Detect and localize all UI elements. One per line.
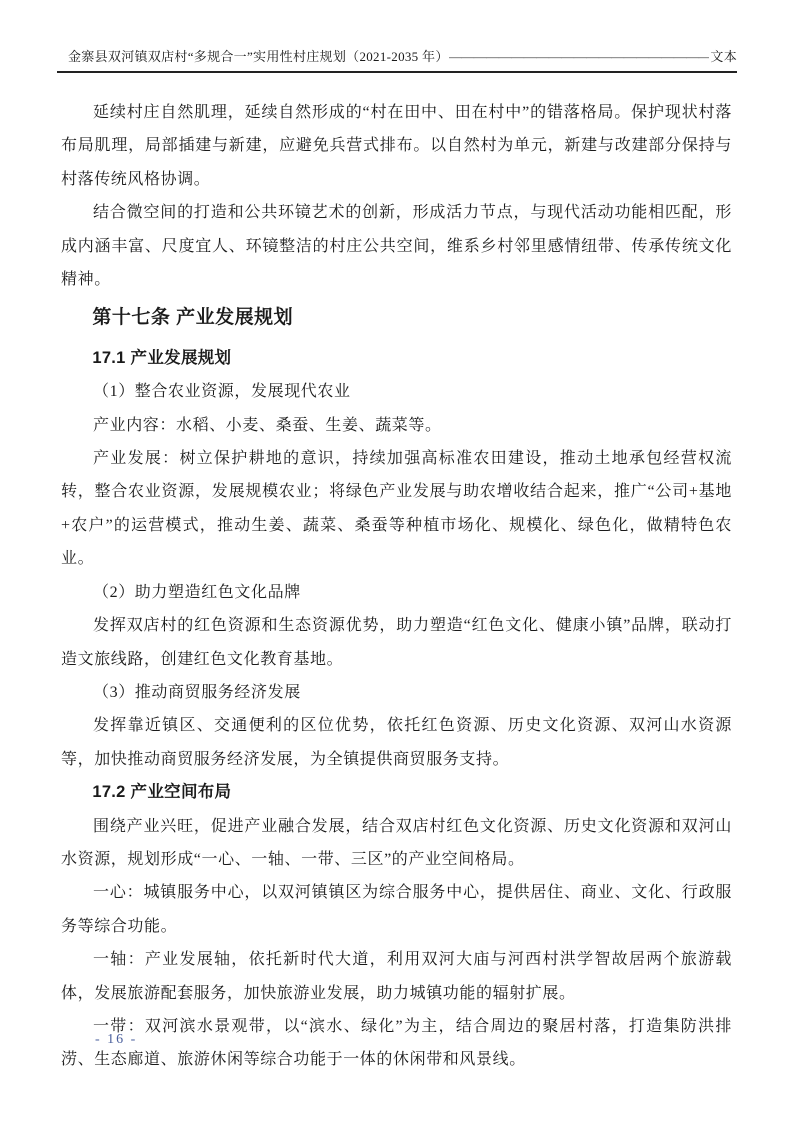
numbered-item-2: （2）助力塑造红色文化品牌 bbox=[61, 576, 732, 609]
numbered-item-3: （3）推动商贸服务经济发展 bbox=[61, 676, 732, 709]
numbered-item-1: （1）整合农业资源，发展现代农业 bbox=[61, 375, 732, 408]
body-paragraph: 发挥双店村的红色资源和生态资源优势，助力塑造“红色文化、健康小镇”品牌，联动打造… bbox=[61, 609, 732, 676]
page-number: - 16 - bbox=[95, 1032, 137, 1047]
body-paragraph: 一带：双河滨水景观带，以“滨水、绿化”为主，结合周边的聚居村落，打造集防洪排涝、… bbox=[61, 1010, 732, 1077]
header-title: 金寨县双河镇双店村“多规合一”实用性村庄规划（2021-2035 年） bbox=[57, 46, 449, 65]
document-body: 延续村庄自然肌理，延续自然形成的“村在田中、田在村中”的错落格局。保护现状村落布… bbox=[61, 96, 732, 1077]
body-paragraph: 围绕产业兴旺，促进产业融合发展，结合双店村红色文化资源、历史文化资源和双河山水资… bbox=[61, 810, 732, 877]
subsection-heading-17-1: 17.1 产业发展规划 bbox=[61, 342, 732, 375]
body-paragraph: 一轴：产业发展轴，依托新时代大道，利用双河大庙与河西村洪学智故居两个旅游载体，发… bbox=[61, 943, 732, 1010]
body-paragraph: 结合微空间的打造和公共环镜艺术的创新，形成活力节点，与现代活动功能相匹配，形成内… bbox=[61, 196, 732, 296]
document-page: 金寨县双河镇双店村“多规合一”实用性村庄规划（2021-2035 年） ————… bbox=[0, 0, 794, 1122]
subsection-heading-17-2: 17.2 产业空间布局 bbox=[61, 776, 732, 809]
header-doc-type-label: 文本 bbox=[709, 46, 737, 65]
body-paragraph: 延续村庄自然肌理，延续自然形成的“村在田中、田在村中”的错落格局。保护现状村落布… bbox=[61, 96, 732, 196]
page-footer: - 16 - bbox=[95, 1032, 137, 1048]
section-heading-article-17: 第十七条 产业发展规划 bbox=[61, 301, 732, 334]
header-dash-leader: —————————————————————————— bbox=[449, 49, 710, 65]
page-header: 金寨县双河镇双店村“多规合一”实用性村庄规划（2021-2035 年） ————… bbox=[57, 46, 737, 73]
body-paragraph: 产业发展：树立保护耕地的意识，持续加强高标准农田建设，推动土地承包经营权流转，整… bbox=[61, 442, 732, 576]
body-paragraph: 发挥靠近镇区、交通便利的区位优势，依托红色资源、历史文化资源、双河山水资源等，加… bbox=[61, 709, 732, 776]
body-paragraph: 产业内容：水稻、小麦、桑蚕、生姜、蔬菜等。 bbox=[61, 409, 732, 442]
body-paragraph: 一心：城镇服务中心，以双河镇镇区为综合服务中心，提供居住、商业、文化、行政服务等… bbox=[61, 876, 732, 943]
